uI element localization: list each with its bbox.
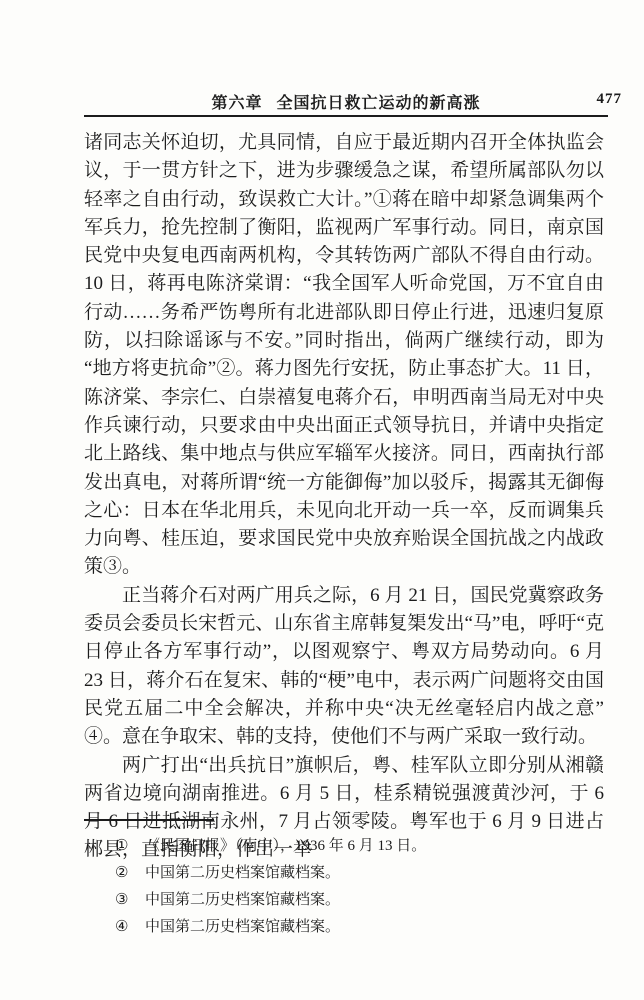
page-number: 477 xyxy=(597,91,623,108)
footnote-marker: ③ xyxy=(115,887,145,914)
footnote-separator xyxy=(84,819,214,821)
footnote-item: ③ 中国第二历史档案馆藏档案。 xyxy=(115,887,605,914)
book-page: 第六章全国抗日救亡运动的新高涨 477 诸同志关怀迫切，尤具同情，自应于最近期内… xyxy=(0,0,644,1000)
footnote-list: ① 《民国日报》（南宁），1936 年 6 月 13 日。 ② 中国第二历史档案… xyxy=(115,833,605,941)
footnote-text: 中国第二历史档案馆藏档案。 xyxy=(145,914,605,941)
footnote-marker: ② xyxy=(115,860,145,887)
footnote-text: 中国第二历史档案馆藏档案。 xyxy=(145,887,605,914)
footnote-item: ② 中国第二历史档案馆藏档案。 xyxy=(115,860,605,887)
paragraph-continuation: 诸同志关怀迫切，尤具同情，自应于最近期内召开全体执监会议，于一贯方针之下，进为步… xyxy=(84,129,604,582)
footnote-item: ④ 中国第二历史档案馆藏档案。 xyxy=(115,914,605,941)
header-rule xyxy=(84,115,608,117)
footnote-marker: ① xyxy=(115,833,145,860)
footnote-item: ① 《民国日报》（南宁），1936 年 6 月 13 日。 xyxy=(115,833,605,860)
body-text: 诸同志关怀迫切，尤具同情，自应于最近期内召开全体执监会议，于一贯方针之下，进为步… xyxy=(84,129,604,865)
footnote-marker: ④ xyxy=(115,914,145,941)
running-header: 第六章全国抗日救亡运动的新高涨 477 xyxy=(84,90,608,110)
paragraph: 正当蒋介石对两广用兵之际，6 月 21 日，国民党冀察政务委员会委员长宋哲元、山… xyxy=(84,582,604,752)
footnote-text: 《民国日报》（南宁），1936 年 6 月 13 日。 xyxy=(145,833,605,860)
chapter-title: 全国抗日救亡运动的新高涨 xyxy=(277,95,481,112)
footnote-text: 中国第二历史档案馆藏档案。 xyxy=(145,860,605,887)
header-title-wrap: 第六章全国抗日救亡运动的新高涨 xyxy=(84,90,608,113)
chapter-label: 第六章 xyxy=(211,95,262,112)
